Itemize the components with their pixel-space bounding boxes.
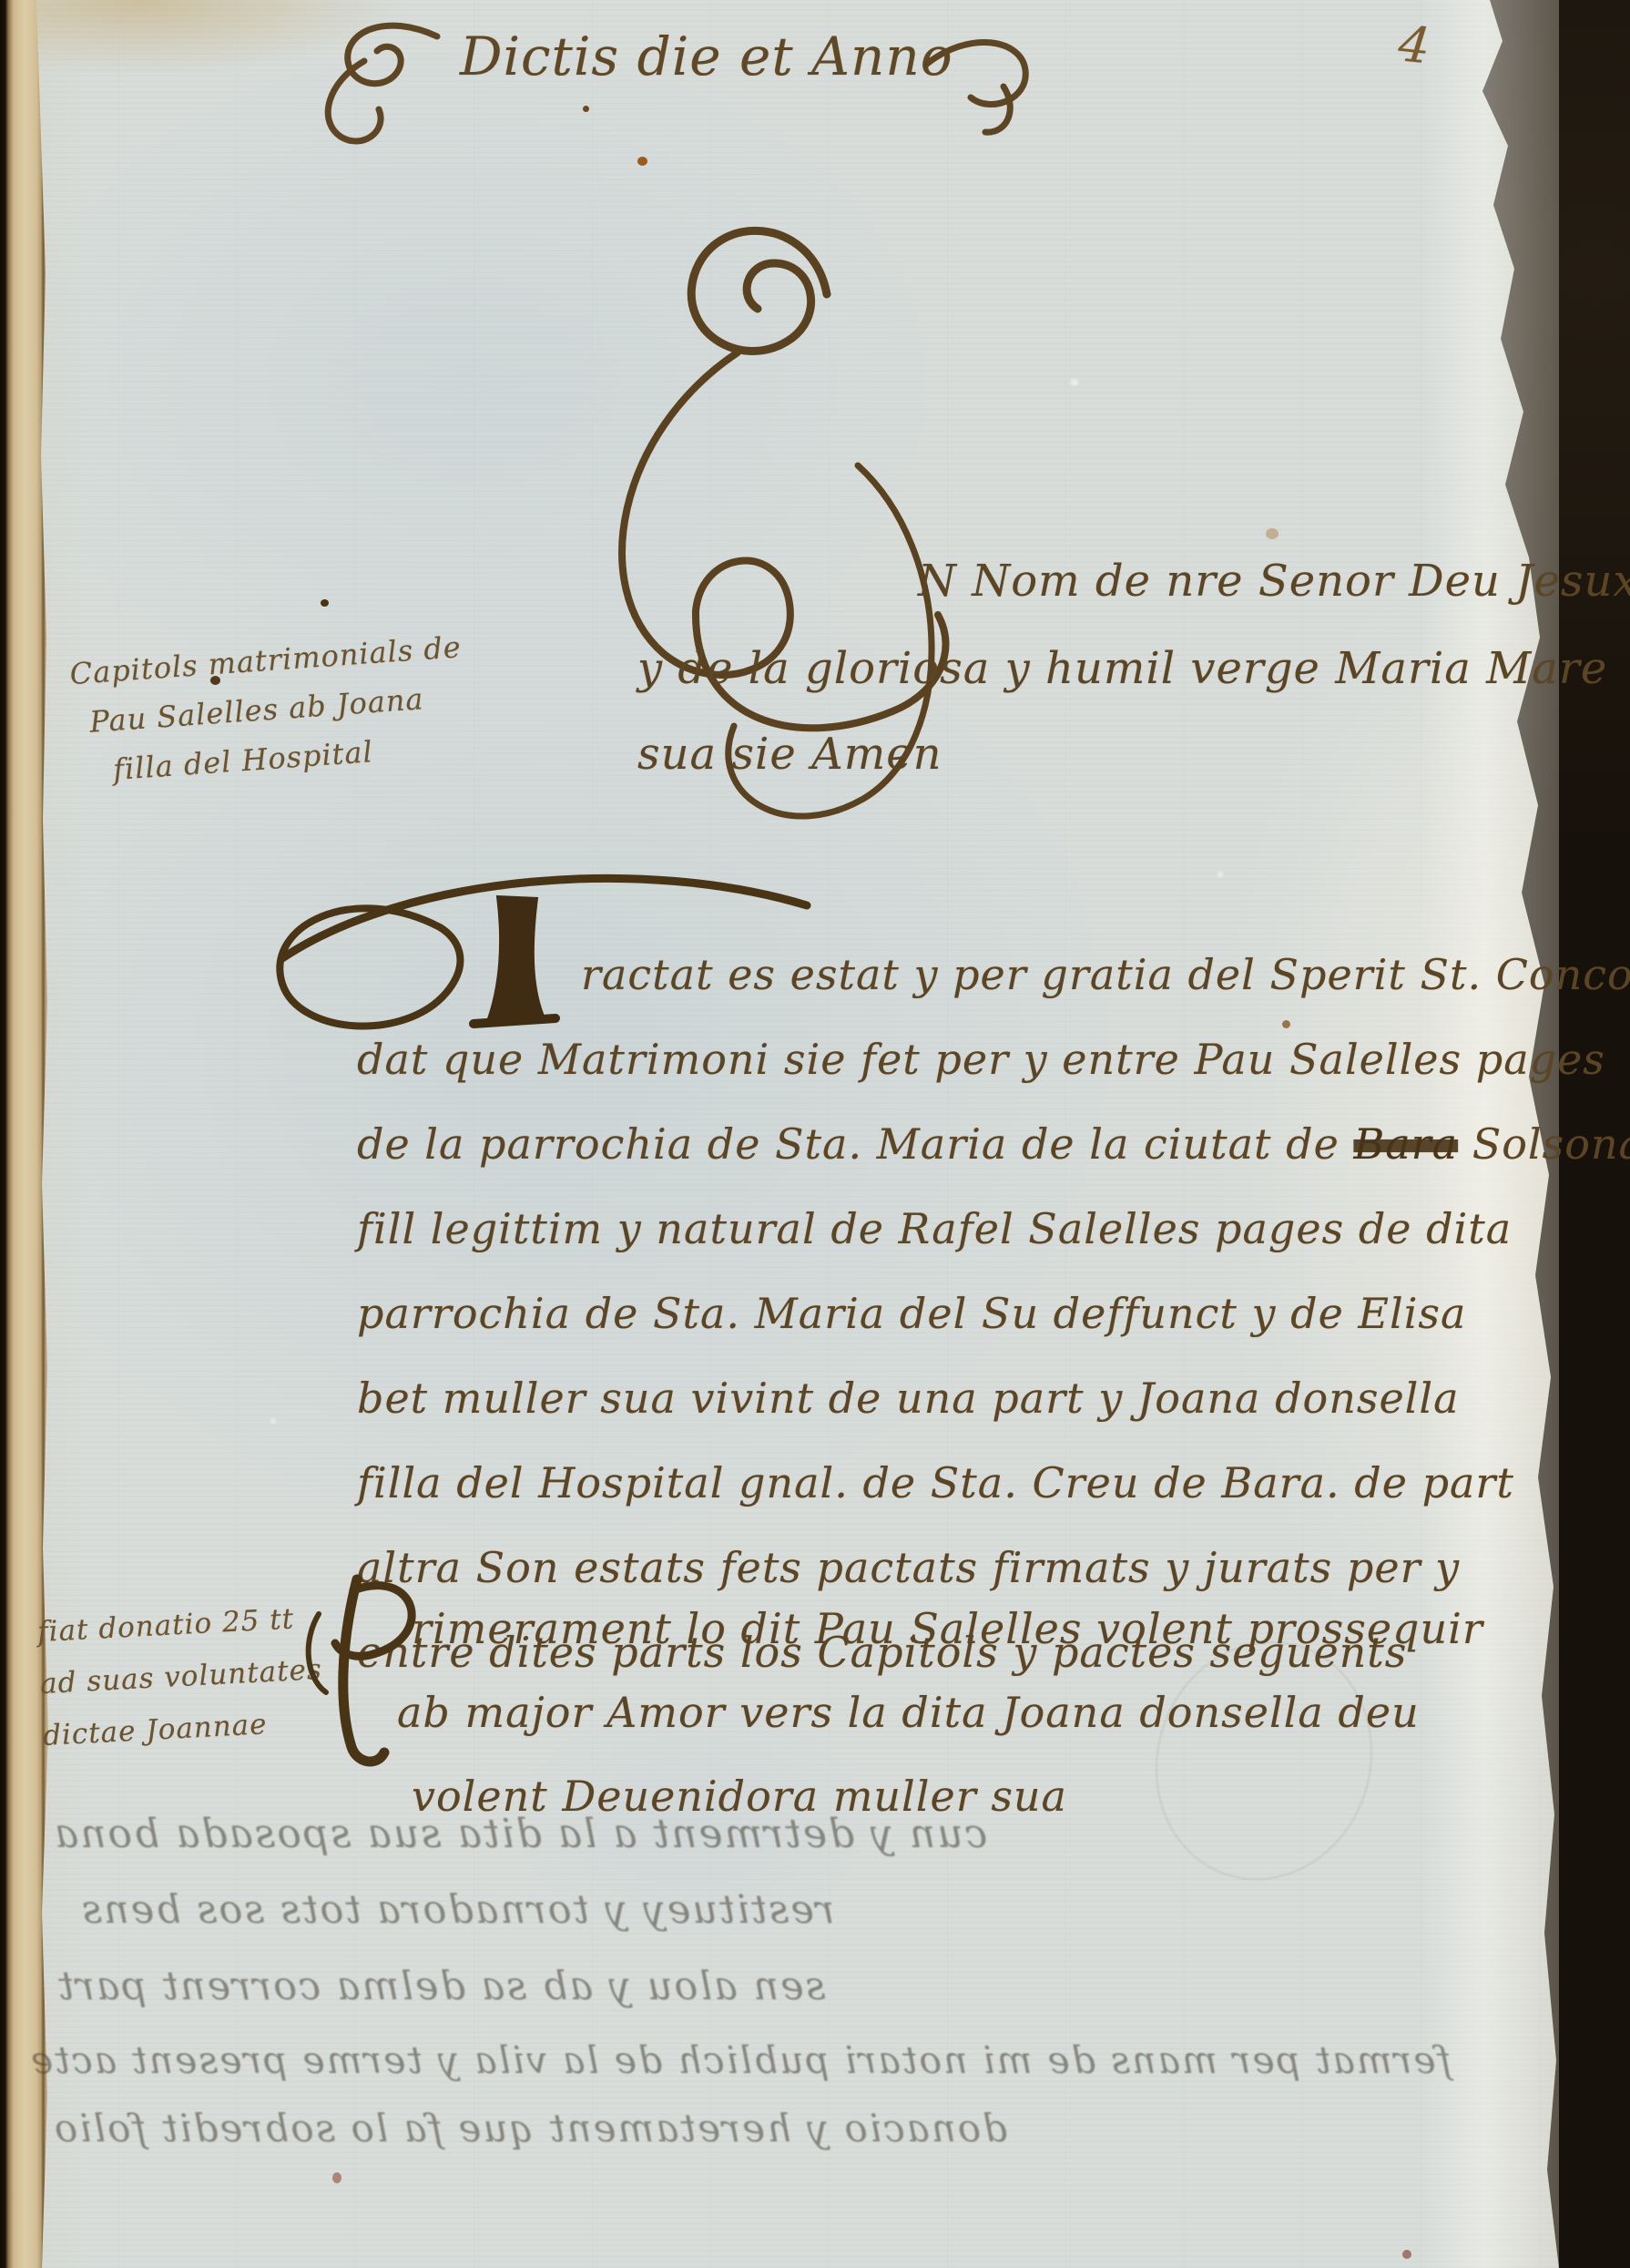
manuscript-scan: Dictis die et Anno 4 E N Nom de nre Seno… [0, 0, 1630, 2268]
invocation-line: sua sie Amen [637, 729, 942, 780]
showthrough-line: cun y detrment a la dita sua sposada bon… [53, 1811, 987, 1857]
stain-spot [1402, 2250, 1411, 2259]
folio-number: 4 [1396, 15, 1434, 75]
invocation-line: N Nom de nre Senor Deu Jesuxpt. [918, 556, 1630, 607]
ink-speck [583, 106, 589, 112]
stain-spot [1266, 528, 1279, 539]
manuscript-line: de la parrochia de Sta. Maria de la ciut… [357, 1102, 1630, 1187]
stain-spot [332, 2172, 341, 2183]
initial-e-flourish [510, 159, 965, 824]
contract-paragraph: ractat es estat y per gratia del Sperit … [357, 933, 1630, 1695]
margin-note-donatio: fiat donatio 25 tt ad suas voluntates di… [36, 1592, 327, 1762]
header-flourish-right [920, 23, 1047, 141]
manuscript-line: fill legittim y natural de Rafel Salelle… [357, 1187, 1630, 1272]
manuscript-line: filla del Hospital gnal. de Sta. Creu de… [357, 1441, 1630, 1526]
manuscript-line: bet muller sua vivint de una part y Joan… [357, 1356, 1630, 1441]
showthrough-line: restituey y tornadora tots sos bens [80, 1887, 834, 1933]
showthrough-line: fermat per mans de mi notari publich de … [29, 2038, 1452, 2082]
manuscript-line: rimerament lo dit Pau Salelles volent pr… [412, 1587, 1483, 1670]
ink-speck [321, 599, 329, 607]
page-heading: Dictis die et Anno [460, 26, 953, 87]
header-flourish-left [301, 11, 474, 148]
invocation-line: y de la gloriosa y humil verge Maria Mar… [637, 643, 1607, 694]
manuscript-line: ractat es estat y per gratia del Sperit … [357, 933, 1630, 1017]
showthrough-line: donacio y heretament que fa lo sobredit … [53, 2106, 1007, 2151]
manuscript-line: dat que Matrimoni sie fet per y entre Pa… [357, 1017, 1630, 1102]
manuscript-line: ab major Amor vers la dita Joana donsell… [397, 1670, 1483, 1754]
manuscript-line: parrochia de Sta. Maria del Su deffunct … [357, 1272, 1630, 1356]
struck-out-word: Bara [1353, 1119, 1458, 1169]
showthrough-line: sen alou y ab sa delma corrent part [56, 1964, 826, 2009]
first-clause-paragraph: rimerament lo dit Pau Salelles volent pr… [412, 1587, 1483, 1838]
margin-note-title: Capitols matrimonials de Pau Salelles ab… [68, 622, 470, 797]
